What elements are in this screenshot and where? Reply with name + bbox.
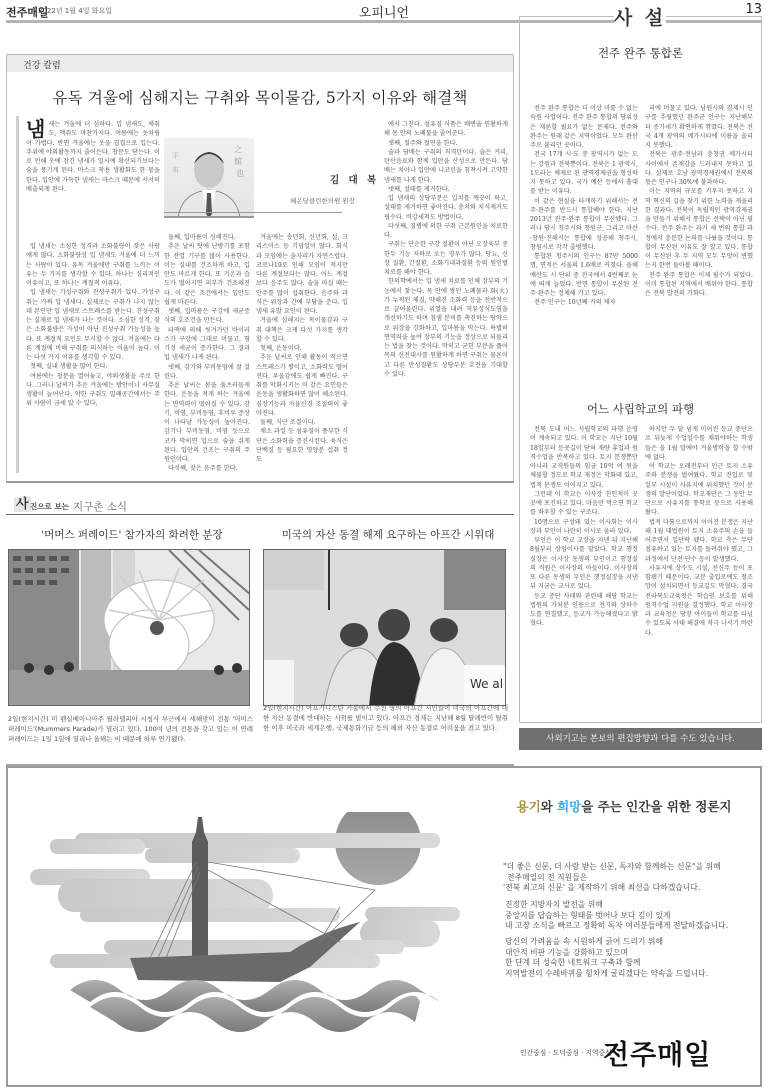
- paragraph: 통합된 청주시의 인구는 87만 5000명, 면적은 서울의 1.6배로 커졌…: [530, 252, 638, 298]
- paragraph: 하지만 두 달 넘게 이어진 등교 중단으로 뒤늦게 수업일수를 채워야하는 학…: [645, 425, 753, 462]
- editorial-headline-2: 어느 사립학교의 파행: [519, 401, 762, 417]
- paragraph: 그런데 이 학교는 이사장 친인척이 곳곳에 포진하고 있다. 마음만 먹으면 …: [530, 490, 638, 518]
- paragraph: 첫째, 운동이다.: [256, 344, 348, 353]
- ship-illustration: [20, 812, 490, 1072]
- author-name: 김 대 복: [330, 172, 379, 186]
- column-headline: 유독 겨울에 심해지는 구취와 목이물감, 5가지 이유와 해결책: [7, 86, 513, 108]
- paragraph: 겨울에 심해지는 목이물감과 구취 대책은 크게 다섯 가지를 생각할 수 있다…: [256, 316, 348, 344]
- parade-photo: [8, 549, 250, 706]
- column-text-col1: 입 냄새는 소심한 성격과 소화불량이 잦은 사람에게 많다. 소화불량성 입 …: [26, 242, 160, 409]
- ad-paragraph-3: 당신의 가려움을 속 시원하게 긁어 드리기 위해 대안적 비판 기능을 강화하…: [505, 937, 765, 979]
- editorial-headline-1: 전주 완주 통합론: [519, 45, 762, 61]
- paragraph: 셋째, 입마름은 구강에 세균증식의 호조건을 만든다.: [164, 307, 250, 326]
- afghan-protest-photo: We al: [263, 549, 506, 706]
- protest-image-icon: We al: [264, 550, 506, 706]
- paragraph: 술과 담배는 구취의 직격탄이다. 술은 커피, 탄산음료와 함께 입안을 산성…: [384, 148, 508, 185]
- paragraph: 법적 다툼으로까지 이어진 분쟁은 지난해 1월 대법원이 토지 소유주의 손을…: [645, 518, 753, 564]
- paragraph: 10명으로 구성돼 있는 이사회는 이사장과 부인이 나란히 이사로 올라 있다…: [530, 518, 638, 537]
- paragraph: 리에 머물고 있다. 남원시와 김제시 인구를 추월했던 완주군 인구는 지난해…: [645, 104, 753, 150]
- paragraph: 채소 과일 등 섬유질이 풍부한 식단은 소화력을 증진시킨다. 육식은 단백질…: [256, 427, 348, 464]
- ad-paragraph-2: 진정한 지방자치 발전을 위해 중앙지를 답습하는 형태를 벗어나 보다 깊이 …: [505, 900, 765, 932]
- paragraph: 입 냄새는 소심한 성격과 소화불량이 잦은 사람에게 많다. 소화불량성 입 …: [26, 242, 160, 288]
- svg-text:平: 平: [172, 152, 179, 160]
- photo-section-label-rest: 지구촌 소식: [73, 499, 127, 514]
- slogan-courage: 용기: [517, 799, 541, 814]
- parade-image-icon: [9, 550, 250, 706]
- column-tag: 건강 칼럼: [7, 55, 513, 72]
- ad-slogan: 용기와 희망을 주는 인간을 위한 정론지: [486, 797, 762, 815]
- author-rule: [164, 212, 342, 213]
- svg-text:之: 之: [234, 144, 242, 154]
- editorial-section-title: 사 설: [604, 3, 676, 30]
- author-role: 혜은당클린한의원 원장: [290, 196, 355, 205]
- paragraph: 사유지에 상수도 시설, 전신주 등이 포함됐기 때문이다. 교문 출입로에도 …: [645, 564, 753, 638]
- paragraph: 겨울에는 송년회, 신년회, 설, 크리스마스 등 기념일이 많다. 회식과 모…: [256, 233, 348, 316]
- newspaper-logo: 전주매일: [603, 1033, 711, 1072]
- paragraph: 넷째, 감기와 부비동염에 잘 걸린다.: [164, 363, 250, 382]
- editorial-2-col2: 하지만 두 달 넘게 이어진 등교 중단으로 뒤늦게 수업일수를 채워야하는 학…: [645, 425, 753, 638]
- paragraph: 추운 날씨 탓에 난방기를 포함한 전열 기구를 많이 사용한다. 이는 실내를…: [164, 242, 250, 307]
- ad-paragraph-1: "더 좋은 신문, 더 사랑 받는 신문, 독자와 함께하는 신문"을 위해 전…: [503, 862, 763, 894]
- paragraph: 입 냄새는 가성구취와 진성구취가 있다. 가성구취는 가짜 입 냄새다. 실제…: [26, 288, 160, 362]
- paragraph: 둘째, 식단 조절이다.: [256, 418, 348, 427]
- dropcap: 냄: [26, 120, 45, 138]
- pen-ship-icon: [20, 812, 490, 1072]
- photo-title-parade: '머머스 퍼레이드' 참가자의 화려한 분장: [6, 527, 258, 542]
- paragraph: 전북 도내 어느 사립학교의 파행 운영이 계속되고 있다. 이 학교는 지난 …: [530, 425, 638, 490]
- author-photo: 之 館 也 平 布: [164, 138, 254, 218]
- paragraph: 한의학에서는 입 냄새 치료를 인체 장부의 기능에서 찾는다. 목 안에 쌓인…: [384, 277, 508, 379]
- paragraph: 등교 중단 사태와 관련해 해당 학교는 법원의 가처분 인용으로 전기와 상하…: [530, 592, 638, 629]
- paragraph: 전주 완주 통합은 이제 필수가 되었다. 이미 통합된 지역에서 배워야 한다…: [645, 271, 753, 299]
- svg-text:布: 布: [172, 165, 179, 174]
- paragraph: 둘째, 입마름이 심해진다.: [164, 233, 250, 242]
- editorial-2-col1: 전북 도내 어느 사립학교의 파행 운영이 계속되고 있다. 이 학교는 지난 …: [530, 425, 638, 629]
- photo-section-label: 사: [14, 497, 31, 512]
- paragraph: 부인은 이 학교 교장을 지낸 뒤 지난해 8월부터 상임이사를 맡았다. 학교…: [530, 536, 638, 592]
- paragraph: 구취는 단순한 구강 질환이 아닌 오장육부 중 한두 기능 저하로 오는 경우…: [384, 240, 508, 277]
- slogan-hope: 희망: [557, 799, 581, 814]
- paragraph: 다섯째, 잦은 음주를 한다.: [164, 464, 250, 473]
- paragraph: 첫째, 실내 생활을 많이 한다.: [26, 362, 160, 371]
- paragraph: 타액에 의해 씻겨가던 바이러스가 구강에 그대로 머물고, 혐기성 세균이 증…: [164, 326, 250, 363]
- paragraph: 전국 17개 시·도 중 광역시가 없는 도는 강원과 전북뿐이다. 전북은 1…: [530, 150, 638, 196]
- parade-caption: 2일(현지시간) 미 펜실베이니아주 필라델피아 시청사 부근에서 새해맞이 전…: [8, 714, 253, 744]
- photo-section-label-small: 진으로 보는: [30, 501, 69, 512]
- column-side-bar: [16, 116, 19, 473]
- paragraph: 추운 날씨는 몸을 움츠러들게 한다. 운동을 적게 하는 겨울에는 면역력이 …: [164, 381, 250, 464]
- paragraph: 전주 완주 통합은 더 이상 미룰 수 없는 숙원 사업이다. 전주 완주 통합…: [530, 104, 638, 150]
- column-text-col2: 둘째, 입마름이 심해진다. 추운 날씨 탓에 난방기를 포함한 전열 기구를 …: [164, 233, 250, 474]
- paragraph: 여름에는 창문을 열어놓고, 야외생활을 주로 한다. 그러나 날씨가 추운 겨…: [26, 372, 160, 409]
- paragraph: 이 학교는 오래전부터 인근 토지 소유주와 분쟁을 벌여왔다. 학교 진입로 …: [645, 462, 753, 518]
- intro-text: 새는 겨울에 더 심하다. 입 냄새도, 체취도, 액취도 마찬가지다. 여름에…: [26, 121, 160, 193]
- paragraph: 에서 그친다. 섬유질 식품은 배변을 원활하게 해 몸 안의 노폐물을 줄여준…: [384, 120, 508, 139]
- photo-section-rule: [6, 514, 514, 515]
- protest-sign-text: We al: [470, 677, 503, 691]
- paragraph: 전주 인구는 10년째 거의 제자: [530, 298, 638, 307]
- afghan-caption: 2일(현지시간) 아프가니스탄 카불에서 수천 명의 아프간 시민들이 미국의 …: [263, 703, 508, 733]
- paragraph: 셋째, 절주와 절연을 한다.: [384, 139, 508, 148]
- editorial-1-col1: 전주 완주 통합은 더 이상 미룰 수 없는 숙원 사업이다. 전주 완주 통합…: [530, 104, 638, 308]
- column-text-col4: 에서 그친다. 섬유질 식품은 배변을 원활하게 해 몸 안의 노폐물을 줄여준…: [384, 120, 508, 379]
- paragraph: 추운 날씨로 인해 활동이 적으면 스트레스가 쌓이고, 소화력도 떨어진다. …: [256, 353, 348, 418]
- paragraph: 넷째, 설태를 제거한다.: [384, 185, 508, 194]
- page-number: 13: [745, 2, 762, 17]
- paragraph: 전북은 광주·전남과 충청권 메가시티 사이에서 존재감을 드러내지 못하고 있…: [645, 150, 753, 187]
- ad-motto: 인간중심 · 도덕중심 · 지역중심: [520, 1047, 612, 1057]
- portrait-icon: 之 館 也 平 布: [164, 138, 254, 218]
- paragraph: 다섯째, 질병에 의한 구취 근본원인을 치료한다.: [384, 222, 508, 241]
- paragraph: 입 냄새의 상당부분은 입치를 깨끗이 하고, 설태를 제거하면 좋아진다. 충…: [384, 194, 508, 222]
- editorial-1-col2: 리에 머물고 있다. 남원시와 김제시 인구를 추월했던 완주군 인구는 지난해…: [645, 104, 753, 298]
- contribution-disclaimer: 사외기고는 본보의 편집방향과 다를 수도 있습니다.: [519, 728, 762, 750]
- column-text-col3: 겨울에는 송년회, 신년회, 설, 크리스마스 등 기념일이 많다. 회식과 모…: [256, 233, 348, 464]
- svg-text:館: 館: [234, 156, 242, 166]
- svg-text:也: 也: [236, 168, 244, 178]
- column-intro: 냄 새는 겨울에 더 심하다. 입 냄새도, 체취도, 액취도 마찬가지다. 여…: [26, 120, 160, 194]
- paragraph: 이 같은 현실을 타개하기 위해서는 전주·완주를 반드시 통합해야 한다. 지…: [530, 197, 638, 253]
- paragraph: 이는 지역의 규모를 키우지 못하고 지역 혁신의 길을 찾기 위한 노력을 게…: [645, 187, 753, 270]
- photo-title-afghan: 미국의 자산 동결 해제 요구하는 아프간 시위대: [262, 527, 514, 542]
